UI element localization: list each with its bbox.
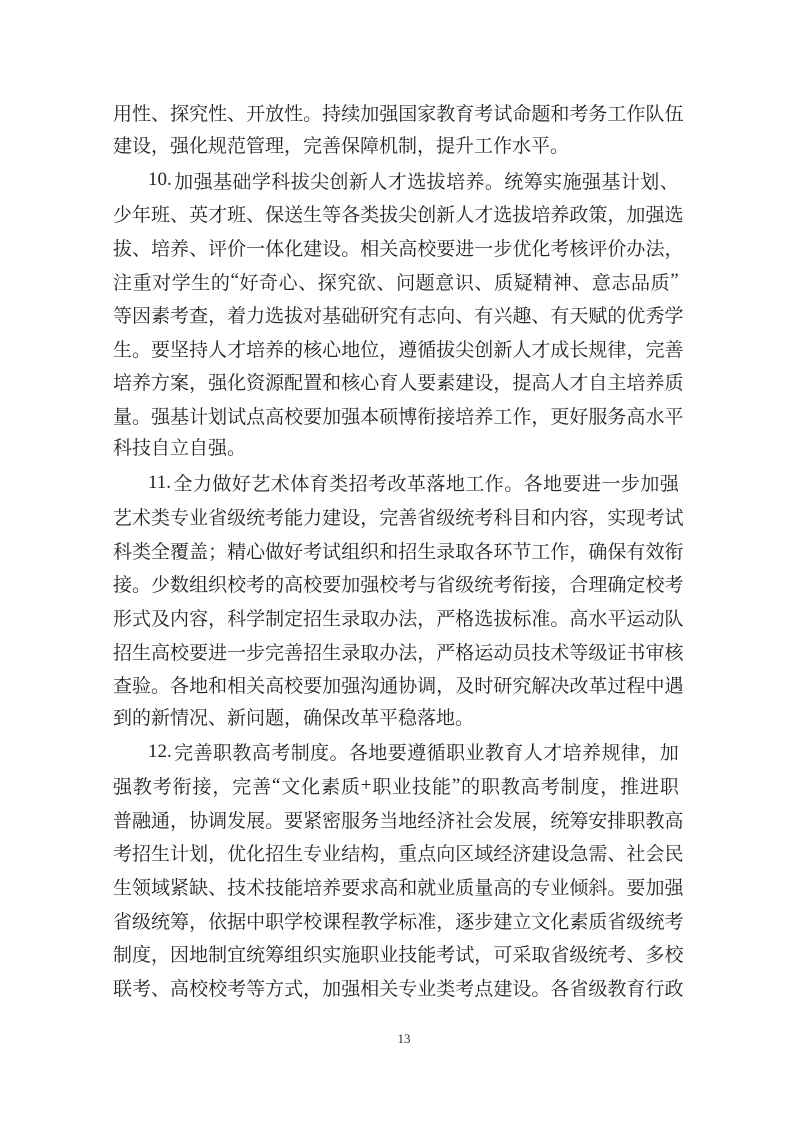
text-line: 量。强基计划试点高校要加强本硕博衔接培养工作，更好服务高水平 — [113, 399, 679, 433]
paragraph-number: 12. — [148, 741, 174, 763]
text-line: 10.加强基础学科拔尖创新人才选拔培养。统筹实施强基计划、 — [113, 163, 679, 197]
paragraph-number: 10. — [148, 169, 174, 191]
text-line: 少年班、英才班、保送生等各类拔尖创新人才选拔培养政策，加强选 — [113, 197, 679, 231]
document-page: 用性、探究性、开放性。持续加强国家教育考试命题和考务工作队伍建设，强化规范管理，… — [0, 0, 793, 1122]
text-line: 到的新情况、新问题，确保改革平稳落地。 — [113, 702, 679, 736]
text-line: 查验。各地和相关高校要加强沟通协调，及时研究解决改革过程中遇 — [113, 668, 679, 702]
text-line: 培养方案，强化资源配置和核心育人要素建设，提高人才自主培养质 — [113, 365, 679, 399]
paragraph-number: 11. — [148, 472, 173, 494]
text-line: 招生高校要进一步完善招生录取办法，严格运动员技术等级证书审核 — [113, 634, 679, 668]
text-line: 生领域紧缺、技术技能培养要求高和就业质量高的专业倾斜。要加强 — [113, 870, 679, 904]
text-line: 接。少数组织校考的高校要加强校考与省级统考衔接，合理确定校考 — [113, 567, 679, 601]
text-line: 强教考衔接，完善“文化素质+职业技能”的职教高考制度，推进职 — [113, 769, 679, 803]
text-line: 艺术类专业省级统考能力建设，完善省级统考科目和内容，实现考试 — [113, 500, 679, 534]
text-line: 注重对学生的“好奇心、探究欲、问题意识、质疑精神、意志品质” — [113, 264, 679, 298]
text-line: 拔、培养、评价一体化建设。相关高校要进一步优化考核评价办法， — [113, 231, 679, 265]
text-line: 制度，因地制宜统筹组织实施职业技能考试，可采取省级统考、多校 — [113, 937, 679, 971]
text-line: 联考、高校校考等方式，加强相关专业类考点建设。各省级教育行政 — [113, 971, 679, 1005]
text-line: 生。要坚持人才培养的核心地位，遵循拔尖创新人才成长规律，完善 — [113, 331, 679, 365]
text-line: 考招生计划，优化招生专业结构，重点向区域经济建设急需、社会民 — [113, 836, 679, 870]
text-line: 省级统筹，依据中职学校课程教学标准，逐步建立文化素质省级统考 — [113, 903, 679, 937]
text-line: 形式及内容，科学制定招生录取办法，严格选拔标准。高水平运动队 — [113, 601, 679, 635]
page-number: 13 — [398, 1031, 411, 1047]
text-line: 用性、探究性、开放性。持续加强国家教育考试命题和考务工作队伍 — [113, 96, 679, 130]
text-line: 11.全力做好艺术体育类招考改革落地工作。各地要进一步加强 — [113, 466, 679, 500]
text-line: 普融通，协调发展。要紧密服务当地经济社会发展，统筹安排职教高 — [113, 802, 679, 836]
text-block: 用性、探究性、开放性。持续加强国家教育考试命题和考务工作队伍建设，强化规范管理，… — [113, 96, 679, 1004]
text-line: 科类全覆盖；精心做好考试组织和招生录取各环节工作，确保有效衔 — [113, 533, 679, 567]
text-line: 科技自立自强。 — [113, 432, 679, 466]
text-line: 建设，强化规范管理，完善保障机制，提升工作水平。 — [113, 130, 679, 164]
text-line: 12.完善职教高考制度。各地要遵循职业教育人才培养规律，加 — [113, 735, 679, 769]
text-line: 等因素考查，着力选拔对基础研究有志向、有兴趣、有天赋的优秀学 — [113, 298, 679, 332]
